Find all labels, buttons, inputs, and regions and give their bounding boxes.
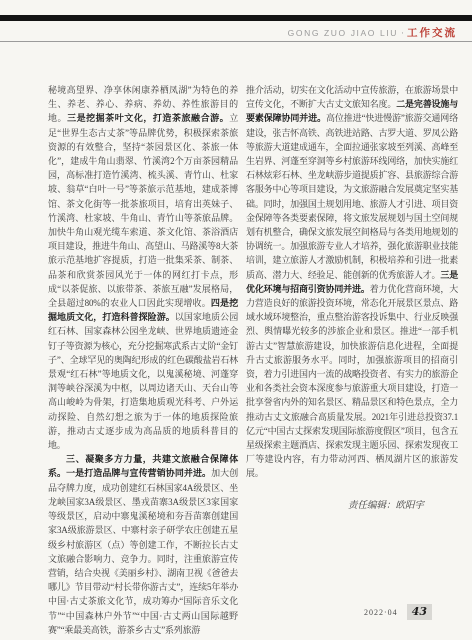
article-body: 秘境高望界、净享休闲康养栖凤湖”为特色的养生、养老、养心、养病、养幼、养性旅游目…	[48, 83, 458, 637]
header-pinyin: GONG ZUO JIAO LIU	[288, 28, 398, 38]
top-black-bar	[0, 15, 472, 21]
text-segment: 三是挖掘茶叶文化，打造茶旅融合游。	[67, 113, 229, 123]
paragraph-continuation: 推介活动，切实在文化活动中宣传旅游，在旅游场景中宣传文化，不断扩大古丈文旅知名度…	[246, 83, 458, 481]
header-separator: ·	[401, 28, 404, 38]
text-segment: 立足“世界生态古丈茶”等品牌优势，积极探索茶旅资源的有效整合，坚持“茶园景区化、…	[48, 113, 238, 308]
page-header: GONG ZUO JIAO LIU·工作交流	[288, 23, 457, 41]
text-segment: 高位推进“快进慢游”旅游交通网络建设，张吉怀高铁、高铁进站路、古罗大道、罗凤公路…	[246, 113, 458, 279]
header-section-title: 工作交流	[407, 28, 457, 39]
text-segment: 着力优化营商环境，大力营造良好的旅游投资环境，常态化开展景区景点、路域水域环境整…	[246, 284, 458, 479]
text-segment: 加大创品夺牌力度，成功创建红石林国家4A级景区、坐龙峡国家3A级景区、墨戎苗寨3…	[48, 468, 238, 634]
editor-credit: 责任编辑：欧阳宇	[246, 497, 424, 511]
left-column: 秘境高望界、净享休闲康养栖凤湖”为特色的养生、养老、养心、养病、养幼、养性旅游目…	[48, 83, 238, 637]
paragraph-section-three: 三、凝聚多方力量，共建文旅融合保障体系。一是打造品牌与宣传营销协同并进。加大创品…	[48, 452, 238, 637]
page-footer: 2022·04 43	[364, 604, 432, 620]
right-column: 推介活动，切实在文化活动中宣传旅游，在旅游场景中宣传文化，不断扩大古丈文旅知名度…	[246, 83, 458, 637]
paragraph-continuation: 秘境高望界、净享休闲康养栖凤湖”为特色的养生、养老、养心、养病、养幼、养性旅游目…	[48, 83, 238, 452]
header-rule	[0, 41, 472, 42]
issue-number: 2022·04	[364, 608, 398, 617]
text-segment: 以国家地质公园红石林、国家森林公园坐龙峡、世界地质遗迹金钉子等资源为核心，充分挖…	[48, 312, 238, 450]
text-segment: 一是打造品牌与宣传营销协同并进。	[66, 468, 211, 478]
page-number: 43	[407, 604, 432, 620]
